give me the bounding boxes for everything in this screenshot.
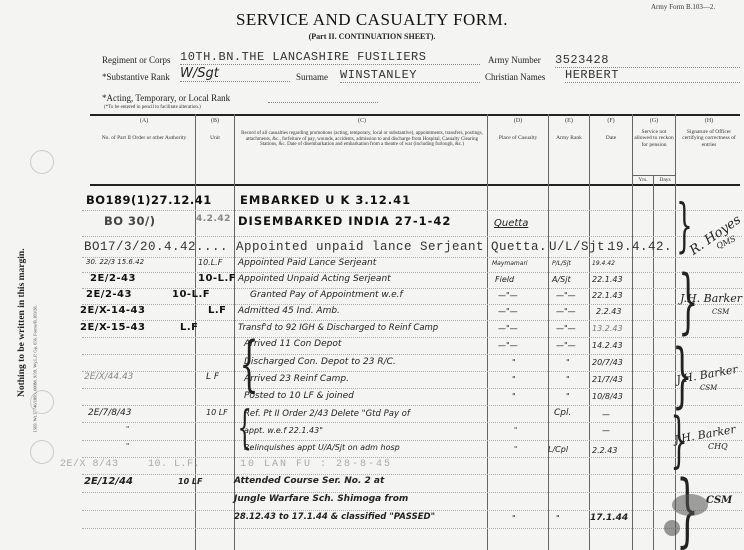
- row-record: appt. w.e.f 22.1.43": [244, 426, 323, 435]
- christian-names-value: HERBERT: [565, 68, 740, 83]
- army-number-label: Army Number: [488, 55, 541, 65]
- signature-title: CSM: [712, 308, 729, 316]
- regiment-value: 10TH.BN.THE LANCASHIRE FUSILIERS: [180, 50, 480, 65]
- acting-rank-note: (*To be entered in pencil to facilitate …: [104, 105, 201, 110]
- christian-names-label: Christian Names: [485, 72, 545, 82]
- row-date: 22.1.43: [592, 275, 623, 284]
- row-record: Appointed Paid Lance Serjeant: [238, 258, 376, 268]
- acting-rank-label: *Acting, Temporary, or Local Rank: [102, 93, 230, 103]
- row-place: Quetta.: [491, 240, 547, 254]
- row-record: DISEMBARKED INDIA 27-1-42: [238, 214, 451, 228]
- margin-notice: Nothing to be written in this margin.: [17, 197, 27, 397]
- column-header-pension: (G)Service not allowed to reckon for pen…: [633, 118, 675, 148]
- row-record: Arrived 23 Reinf Camp.: [244, 374, 349, 384]
- column-divider: [632, 114, 633, 550]
- row-place: —"—: [498, 324, 518, 333]
- surname-value: WINSTANLEY: [340, 68, 480, 83]
- row-unit: 10. L.F.: [148, 459, 200, 470]
- ink-blot: [664, 520, 680, 536]
- row-rank: ": [556, 514, 560, 523]
- row-rank: ": [566, 375, 570, 384]
- row-authority: 30. 22/3 15.6.42: [86, 258, 144, 266]
- row-record: Granted Pay of Appointment w.e.f: [250, 290, 403, 300]
- row-date: 19.4.42.: [608, 240, 672, 254]
- row-authority: BO17/3/20.4.42....: [84, 240, 228, 254]
- row-record: Jungle Warfare Sch. Shimoga from: [234, 494, 408, 504]
- column-header-rank: (E)Army Rank: [550, 118, 588, 141]
- row-date: 22.1.43: [592, 291, 623, 300]
- row-rank: ": [566, 392, 570, 401]
- row-date: 10/8/43: [592, 392, 623, 401]
- row-rank: ": [566, 358, 570, 367]
- row-date: 14.2.43: [592, 341, 623, 350]
- row-rank: —"—: [556, 341, 576, 350]
- table-header-rule: [90, 184, 740, 186]
- row-date: 20/7/43: [592, 358, 623, 367]
- army-number-value: 3523428: [555, 53, 740, 68]
- column-header-authority: (A)No. of Part II Order or other Authori…: [96, 118, 192, 141]
- signature-title: CSM: [700, 384, 717, 392]
- row-authority: BO 30/): [104, 214, 156, 228]
- row-date: 2.2.43: [596, 307, 621, 316]
- row-place: —"—: [498, 307, 518, 316]
- row-date: —: [602, 410, 610, 419]
- substantive-rank-value: W/Sgt: [180, 66, 290, 82]
- row-record: 28.12.43 to 17.1.44 & classified "PASSED…: [234, 512, 435, 522]
- row-record: Posted to 10 LF & joined: [244, 391, 354, 401]
- table-top-rule: [90, 114, 740, 116]
- row-authority: 2E/X/44.43: [84, 372, 133, 382]
- form-subtitle: (Part II. CONTINUATION SHEET).: [0, 32, 744, 41]
- row-rank: —"—: [556, 291, 576, 300]
- row-record: Appointed Unpaid Acting Serjeant: [238, 274, 391, 284]
- row-record: Transf'd to 92 IGH & Discharged to Reinf…: [238, 323, 438, 333]
- row-place: ": [514, 445, 517, 453]
- row-place: ": [512, 392, 516, 401]
- column-header-date: (F)Date: [591, 118, 631, 141]
- row-unit: L F: [206, 372, 219, 382]
- row-place: ": [512, 375, 516, 384]
- surname-label: Surname: [296, 72, 328, 82]
- column-divider: [653, 175, 654, 550]
- row-date: 13.2.43: [592, 324, 623, 333]
- row-unit: 10-L.F: [198, 273, 236, 284]
- row-record: Arrived 11 Con Depot: [244, 339, 341, 349]
- row-date: 17.1.44: [590, 513, 628, 523]
- row-unit: 10.L.F: [198, 258, 222, 267]
- column-header-days: Days: [655, 177, 675, 183]
- row-authority: 2E/X-15-43: [80, 322, 145, 333]
- column-header-record: (C)Record of all casualties regarding pr…: [240, 118, 484, 148]
- row-rank: Cpl.: [554, 408, 571, 418]
- row-record: Attended Course Ser. No. 2 at: [234, 476, 384, 486]
- signature-smudge: [672, 494, 708, 516]
- row-unit: 10-L.F: [172, 289, 210, 300]
- row-place: ": [512, 514, 516, 523]
- column-header-unit: (B)Unit: [196, 118, 234, 141]
- row-rank: U/L/Sjt.: [549, 240, 613, 254]
- row-rank: —"—: [556, 324, 576, 333]
- row-date: 21/7/43: [592, 375, 623, 384]
- substantive-rank-label: *Substantive Rank: [102, 72, 170, 82]
- row-date: 2.2.43: [592, 446, 617, 455]
- column-header-signature: (H)Signature of Officer certifying corre…: [677, 118, 741, 148]
- punch-hole: [30, 440, 54, 464]
- acting-rank-value: [268, 102, 378, 103]
- row-authority: ": [126, 442, 129, 450]
- regiment-label: Regiment or Corps: [102, 55, 171, 65]
- row-place: —"—: [498, 291, 518, 300]
- row-authority: ": [126, 425, 129, 433]
- row-record: Ref. Pt II Order 2/43 Delete "Gtd Pay of: [244, 409, 410, 419]
- row-authority: 2E/X 8/43: [60, 459, 119, 470]
- row-authority: 2E/12/44: [84, 476, 133, 487]
- column-header-years: Yrs.: [634, 177, 652, 183]
- punch-hole: [30, 390, 54, 414]
- row-date: 19.4.42: [592, 260, 615, 267]
- signature-title: CSM: [706, 495, 732, 506]
- row-record: Discharged Con. Depot to 23 R/C.: [244, 357, 396, 367]
- row-authority: 2E/2-43: [86, 289, 132, 300]
- row-authority: 2E/7/8/43: [88, 408, 131, 418]
- row-rank: A/Sjt: [552, 275, 571, 284]
- row-rank: L/Cpl: [548, 445, 568, 454]
- column-divider: [487, 114, 488, 550]
- row-unit: 10 LF: [206, 408, 228, 417]
- row-record: Relinquishes appt U/A/Sjt on adm hosp: [244, 443, 400, 452]
- pension-subheader-rule: [632, 175, 675, 176]
- row-place: —"—: [498, 341, 518, 350]
- column-header-place: (D)Place of Casualty: [489, 118, 547, 141]
- row-authority: 2E/X-14-43: [80, 305, 145, 316]
- row-authority: 2E/2-43: [90, 273, 136, 284]
- form-title: SERVICE AND CASUALTY FORM.: [0, 10, 744, 30]
- row-place: ": [514, 426, 517, 434]
- row-place: Maymamari: [492, 260, 528, 267]
- column-divider: [548, 114, 549, 550]
- row-authority: BO189(1)27.12.41: [86, 193, 212, 207]
- row-rank: —"—: [556, 307, 576, 316]
- row-unit: 4.2.42: [196, 214, 231, 224]
- row-place: ": [512, 358, 516, 367]
- row-unit: L.F: [180, 322, 199, 333]
- column-divider: [589, 114, 590, 550]
- row-place: Field: [495, 275, 514, 284]
- row-record: Appointed unpaid lance Serjeant: [236, 240, 484, 254]
- row-unit: L.F: [208, 305, 227, 316]
- row-record: 10 LAN FU : 28-8-45: [240, 459, 392, 470]
- row-place: Quetta: [494, 218, 528, 229]
- row-rank: P/L/Sjt: [552, 260, 571, 267]
- punch-hole: [30, 150, 54, 174]
- signature: J.H. Barker: [680, 292, 742, 305]
- signature-title: CHQ: [708, 442, 728, 451]
- row-date: —: [602, 426, 610, 435]
- row-unit: 10 LF: [178, 477, 202, 486]
- row-record: Admitted 45 Ind. Amb.: [238, 306, 340, 316]
- row-record: EMBARKED U K 3.12.41: [240, 193, 411, 207]
